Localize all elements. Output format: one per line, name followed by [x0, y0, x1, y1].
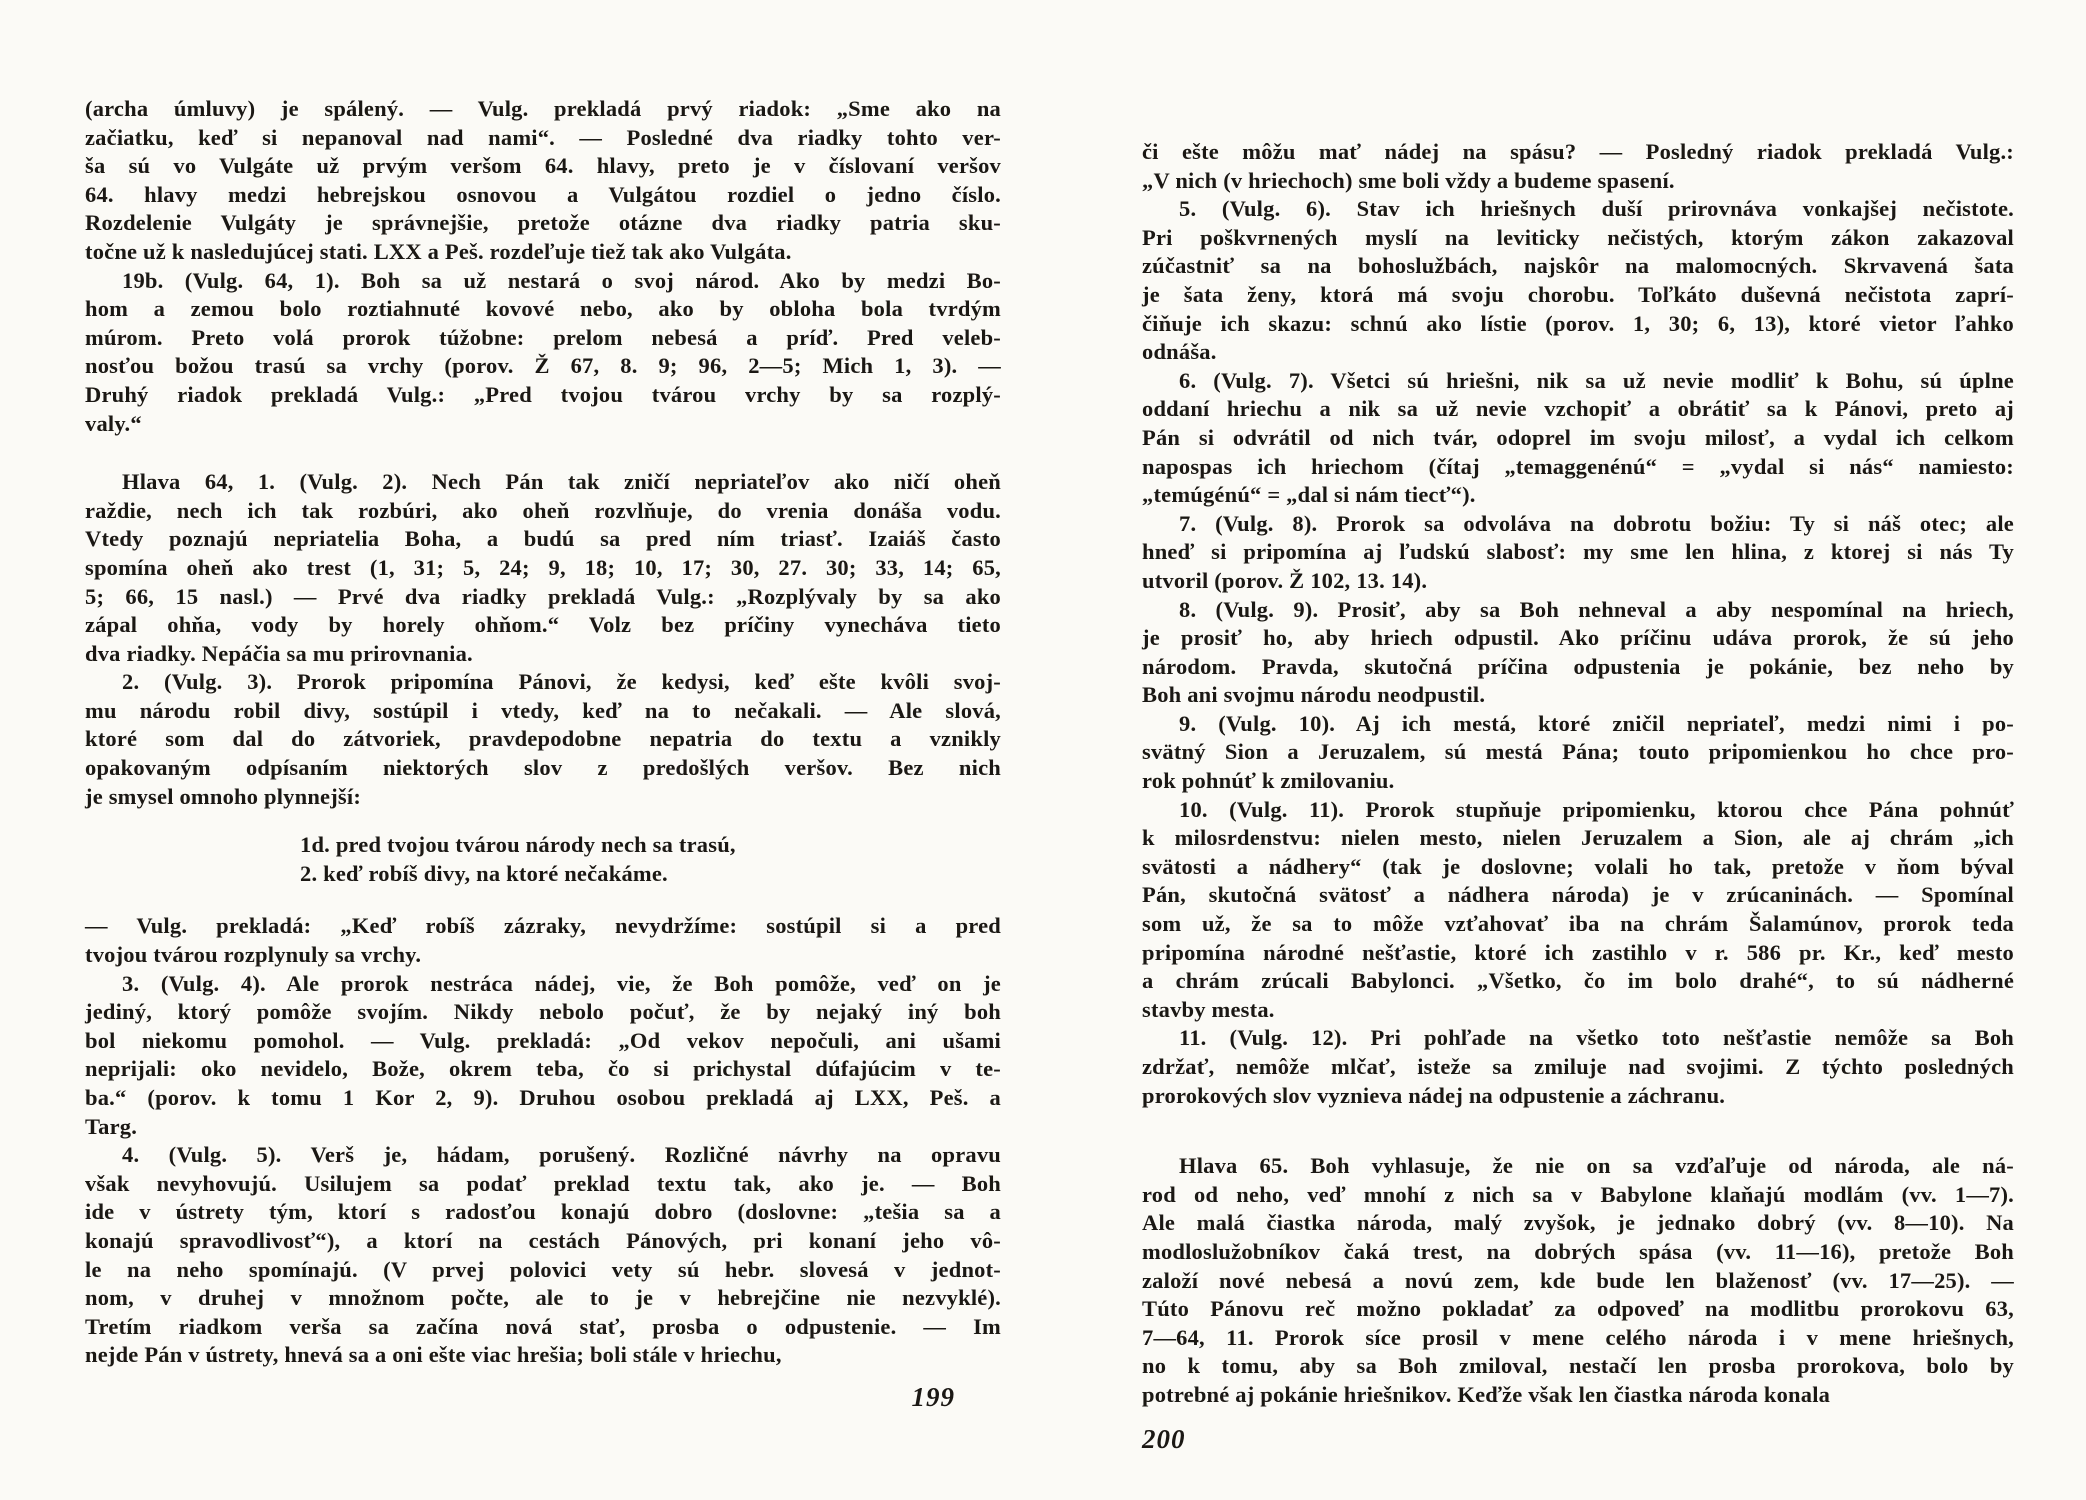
- text-line: neprijali: oko nevidelo, Bože, okrem teb…: [85, 1055, 1001, 1084]
- text-line: utvoril (porov. Ž 102, 13. 14).: [1142, 567, 2014, 596]
- text-line: hom a zemou bolo roztiahnuté kovové nebo…: [85, 295, 1001, 324]
- text-line: prorokových slov vyznieva nádej na odpus…: [1142, 1082, 2014, 1111]
- verse-block: 1d. pred tvojou tvárou národy nech sa tr…: [85, 831, 1001, 888]
- text-line: Vtedy poznajú nepriatelia Boha, a budú s…: [85, 525, 1001, 554]
- text-line: 11. (Vulg. 12). Pri pohľade na všetko to…: [1142, 1024, 2014, 1053]
- text-line: národom. Pravda, skutočná príčina odpust…: [1142, 653, 2014, 682]
- text-line: Túto Pánovu reč možno pokladať za odpove…: [1142, 1295, 2014, 1324]
- text-line: 8. (Vulg. 9). Prosiť, aby sa Boh nehneva…: [1142, 596, 2014, 625]
- text-line: som už, že sa to môže vzťahovať iba na c…: [1142, 910, 2014, 939]
- text-line: modloslužobníkov čaká trest, na dobrých …: [1142, 1238, 2014, 1267]
- text-line: zúčastniť sa na bohoslužbách, najskôr na…: [1142, 252, 2014, 281]
- text-line: Pán, skutočná svätosť a nádhera národa) …: [1142, 881, 2014, 910]
- text-line: zápal ohňa, vody by horely ohňom.“ Volz …: [85, 611, 1001, 640]
- paragraph: Hlava 65. Boh vyhlasuje, že nie on sa vz…: [1142, 1152, 2014, 1409]
- paragraph: 3. (Vulg. 4). Ale prorok nestráca nádej,…: [85, 970, 1001, 1142]
- text-line: 3. (Vulg. 4). Ale prorok nestráca nádej,…: [85, 970, 1001, 999]
- text-line: rod od neho, veď mnohí z nich sa v Babyl…: [1142, 1181, 2014, 1210]
- text-line: čiňuje ich skazu: schnú ako lístie (poro…: [1142, 310, 2014, 339]
- paragraph: 10. (Vulg. 11). Prorok stupňuje pripomie…: [1142, 796, 2014, 1025]
- paragraph: či ešte môžu mať nádej na spásu? — Posle…: [1142, 138, 2014, 195]
- text-line: „V nich (v hriechoch) sme boli vždy a bu…: [1142, 167, 2014, 196]
- text-line: točne už k nasledujúcej stati. LXX a Peš…: [85, 238, 1001, 267]
- text-line: raždie, nech ich tak rozbúri, ako oheň r…: [85, 497, 1001, 526]
- text-line: 7—64, 11. Prorok síce prosil v mene celé…: [1142, 1324, 2014, 1353]
- text-line: je šata ženy, ktorá má svoju chorobu. To…: [1142, 281, 2014, 310]
- text-line: dva riadky. Nepáčia sa mu prirovnania.: [85, 640, 1001, 669]
- text-line: ktoré som dal do zátvoriek, pravdepodobn…: [85, 725, 1001, 754]
- text-line: Ale malá čiastka národa, malý zvyšok, je…: [1142, 1209, 2014, 1238]
- text-line: či ešte môžu mať nádej na spásu? — Posle…: [1142, 138, 2014, 167]
- paragraph: 11. (Vulg. 12). Pri pohľade na všetko to…: [1142, 1024, 2014, 1110]
- text-line: Druhý riadok prekladá Vulg.: „Pred tvojo…: [85, 381, 1001, 410]
- paragraph: 5. (Vulg. 6). Stav ich hriešnych duší pr…: [1142, 195, 2014, 367]
- text-line: je smysel omnoho plynnejší:: [85, 783, 1001, 812]
- text-line: je prosiť ho, aby hriech odpustil. Ako p…: [1142, 624, 2014, 653]
- page-number-right: 200: [1142, 1424, 1186, 1455]
- paragraph: — Vulg. prekladá: „Keď robíš zázraky, ne…: [85, 912, 1001, 969]
- paragraph: Hlava 64, 1. (Vulg. 2). Nech Pán tak zni…: [85, 468, 1001, 668]
- text-line: Boh ani svojmu národu neodpustil.: [1142, 681, 2014, 710]
- text-line: odnáša.: [1142, 338, 2014, 367]
- text-line: spomína oheň ako trest (1, 31; 5, 24; 9,…: [85, 554, 1001, 583]
- text-line: le na neho spomínajú. (V prvej polovici …: [85, 1256, 1001, 1285]
- text-line: 19b. (Vulg. 64, 1). Boh sa už nestará o …: [85, 267, 1001, 296]
- paragraph: 4. (Vulg. 5). Verš je, hádam, porušený. …: [85, 1141, 1001, 1370]
- paragraph: 19b. (Vulg. 64, 1). Boh sa už nestará o …: [85, 267, 1001, 439]
- text-line: nejde Pán v ústrety, hnevá sa a oni ešte…: [85, 1341, 1001, 1370]
- text-line: založí nové nebesá a novú zem, kde bude …: [1142, 1267, 2014, 1296]
- text-line: svätný Sion a Jeruzalem, sú mestá Pána; …: [1142, 738, 2014, 767]
- text-line: svätosti a nádhery“ (tak je doslovne; vo…: [1142, 853, 2014, 882]
- text-line: 2. keď robíš divy, na ktoré nečakáme.: [85, 860, 1001, 889]
- text-line: 9. (Vulg. 10). Aj ich mestá, ktoré zniči…: [1142, 710, 2014, 739]
- text-line: napospas ich hriechom (čítaj „temaggenén…: [1142, 453, 2014, 482]
- paragraph: 2. (Vulg. 3). Prorok pripomína Pánovi, ž…: [85, 668, 1001, 811]
- text-line: však nevyhovujú. Usilujem sa podať prekl…: [85, 1170, 1001, 1199]
- text-line: k milosrdenstvu: nielen mesto, nielen Je…: [1142, 824, 2014, 853]
- page-right-text-column: či ešte môžu mať nádej na spásu? — Posle…: [1142, 138, 2014, 1410]
- text-line: oddaní hriechu a nik sa už nevie vzchopi…: [1142, 395, 2014, 424]
- paragraph: (archa úmluvy) je spálený. — Vulg. prekl…: [85, 95, 1001, 267]
- text-line: 7. (Vulg. 8). Prorok sa odvoláva na dobr…: [1142, 510, 2014, 539]
- text-line: bol niekomu pomohol. — Vulg. prekladá: „…: [85, 1027, 1001, 1056]
- page-left-text-column: (archa úmluvy) je spálený. — Vulg. prekl…: [85, 95, 1001, 1370]
- text-line: mu národu robil divy, sostúpil i vtedy, …: [85, 697, 1001, 726]
- text-line: ba.“ (porov. k tomu 1 Kor 2, 9). Druhou …: [85, 1084, 1001, 1113]
- page-number-left: 199: [85, 1382, 1001, 1413]
- paragraph: 6. (Vulg. 7). Všetci sú hriešni, nik sa …: [1142, 367, 2014, 510]
- book-scan-spread: (archa úmluvy) je spálený. — Vulg. prekl…: [0, 0, 2086, 1500]
- text-line: Tretím riadkom verša sa začína nová stať…: [85, 1313, 1001, 1342]
- text-line: nosťou božou trasú sa vrchy (porov. Ž 67…: [85, 352, 1001, 381]
- text-line: 10. (Vulg. 11). Prorok stupňuje pripomie…: [1142, 796, 2014, 825]
- text-line: 5. (Vulg. 6). Stav ich hriešnych duší pr…: [1142, 195, 2014, 224]
- text-line: 5; 66, 15 nasl.) — Prvé dva riadky prekl…: [85, 583, 1001, 612]
- paragraph: 9. (Vulg. 10). Aj ich mestá, ktoré zniči…: [1142, 710, 2014, 796]
- text-line: jediný, ktorý pomôže svojím. Nikdy nebol…: [85, 998, 1001, 1027]
- text-line: Hlava 65. Boh vyhlasuje, že nie on sa vz…: [1142, 1152, 2014, 1181]
- text-line: ide v ústrety tým, ktorí s radosťou kona…: [85, 1198, 1001, 1227]
- text-line: valy.“: [85, 410, 1001, 439]
- text-line: no k tomu, aby sa Boh zmiloval, nestačí …: [1142, 1352, 2014, 1381]
- text-line: pripomína národné nešťastie, ktoré ich z…: [1142, 939, 2014, 968]
- text-line: zdržať, nemôže mlčať, isteže sa zmiluje …: [1142, 1053, 2014, 1082]
- text-line: a chrám zrúcali Babylonci. „Všetko, čo i…: [1142, 967, 2014, 996]
- text-line: potrebné aj pokánie hriešnikov. Keďže vš…: [1142, 1381, 2014, 1410]
- text-line: „temúgénú“ = „dal si nám tiecť“).: [1142, 481, 2014, 510]
- text-line: Rozdelenie Vulgáty je správnejšie, preto…: [85, 209, 1001, 238]
- text-line: začiatku, keď si nepanoval nad nami“. — …: [85, 124, 1001, 153]
- text-line: 6. (Vulg. 7). Všetci sú hriešni, nik sa …: [1142, 367, 2014, 396]
- text-line: tvojou tvárou rozplynuly sa vrchy.: [85, 941, 1001, 970]
- text-line: hneď si pripomína aj ľudskú slabosť: my …: [1142, 538, 2014, 567]
- text-line: 4. (Vulg. 5). Verš je, hádam, porušený. …: [85, 1141, 1001, 1170]
- text-line: 64. hlavy medzi hebrejskou osnovou a Vul…: [85, 181, 1001, 210]
- text-line: konajú spravodlivosť“), a ktorí na cestá…: [85, 1227, 1001, 1256]
- text-line: ša sú vo Vulgáte už prvým veršom 64. hla…: [85, 152, 1001, 181]
- text-line: Pán si odvrátil od nich tvár, odoprel im…: [1142, 424, 2014, 453]
- text-line: opakovaným odpísaním niektorých slov z p…: [85, 754, 1001, 783]
- text-line: 2. (Vulg. 3). Prorok pripomína Pánovi, ž…: [85, 668, 1001, 697]
- paragraph: 8. (Vulg. 9). Prosiť, aby sa Boh nehneva…: [1142, 596, 2014, 710]
- text-line: rok pohnúť k zmilovaniu.: [1142, 767, 2014, 796]
- text-line: 1d. pred tvojou tvárou národy nech sa tr…: [85, 831, 1001, 860]
- text-line: nom, v druhej v množnom počte, ale to je…: [85, 1284, 1001, 1313]
- text-line: Hlava 64, 1. (Vulg. 2). Nech Pán tak zni…: [85, 468, 1001, 497]
- text-line: stavby mesta.: [1142, 996, 2014, 1025]
- text-line: Pri poškvrnených myslí na leviticky neči…: [1142, 224, 2014, 253]
- text-line: Targ.: [85, 1113, 1001, 1142]
- text-line: — Vulg. prekladá: „Keď robíš zázraky, ne…: [85, 912, 1001, 941]
- text-line: (archa úmluvy) je spálený. — Vulg. prekl…: [85, 95, 1001, 124]
- paragraph: 7. (Vulg. 8). Prorok sa odvoláva na dobr…: [1142, 510, 2014, 596]
- text-line: múrom. Preto volá prorok túžobne: prelom…: [85, 324, 1001, 353]
